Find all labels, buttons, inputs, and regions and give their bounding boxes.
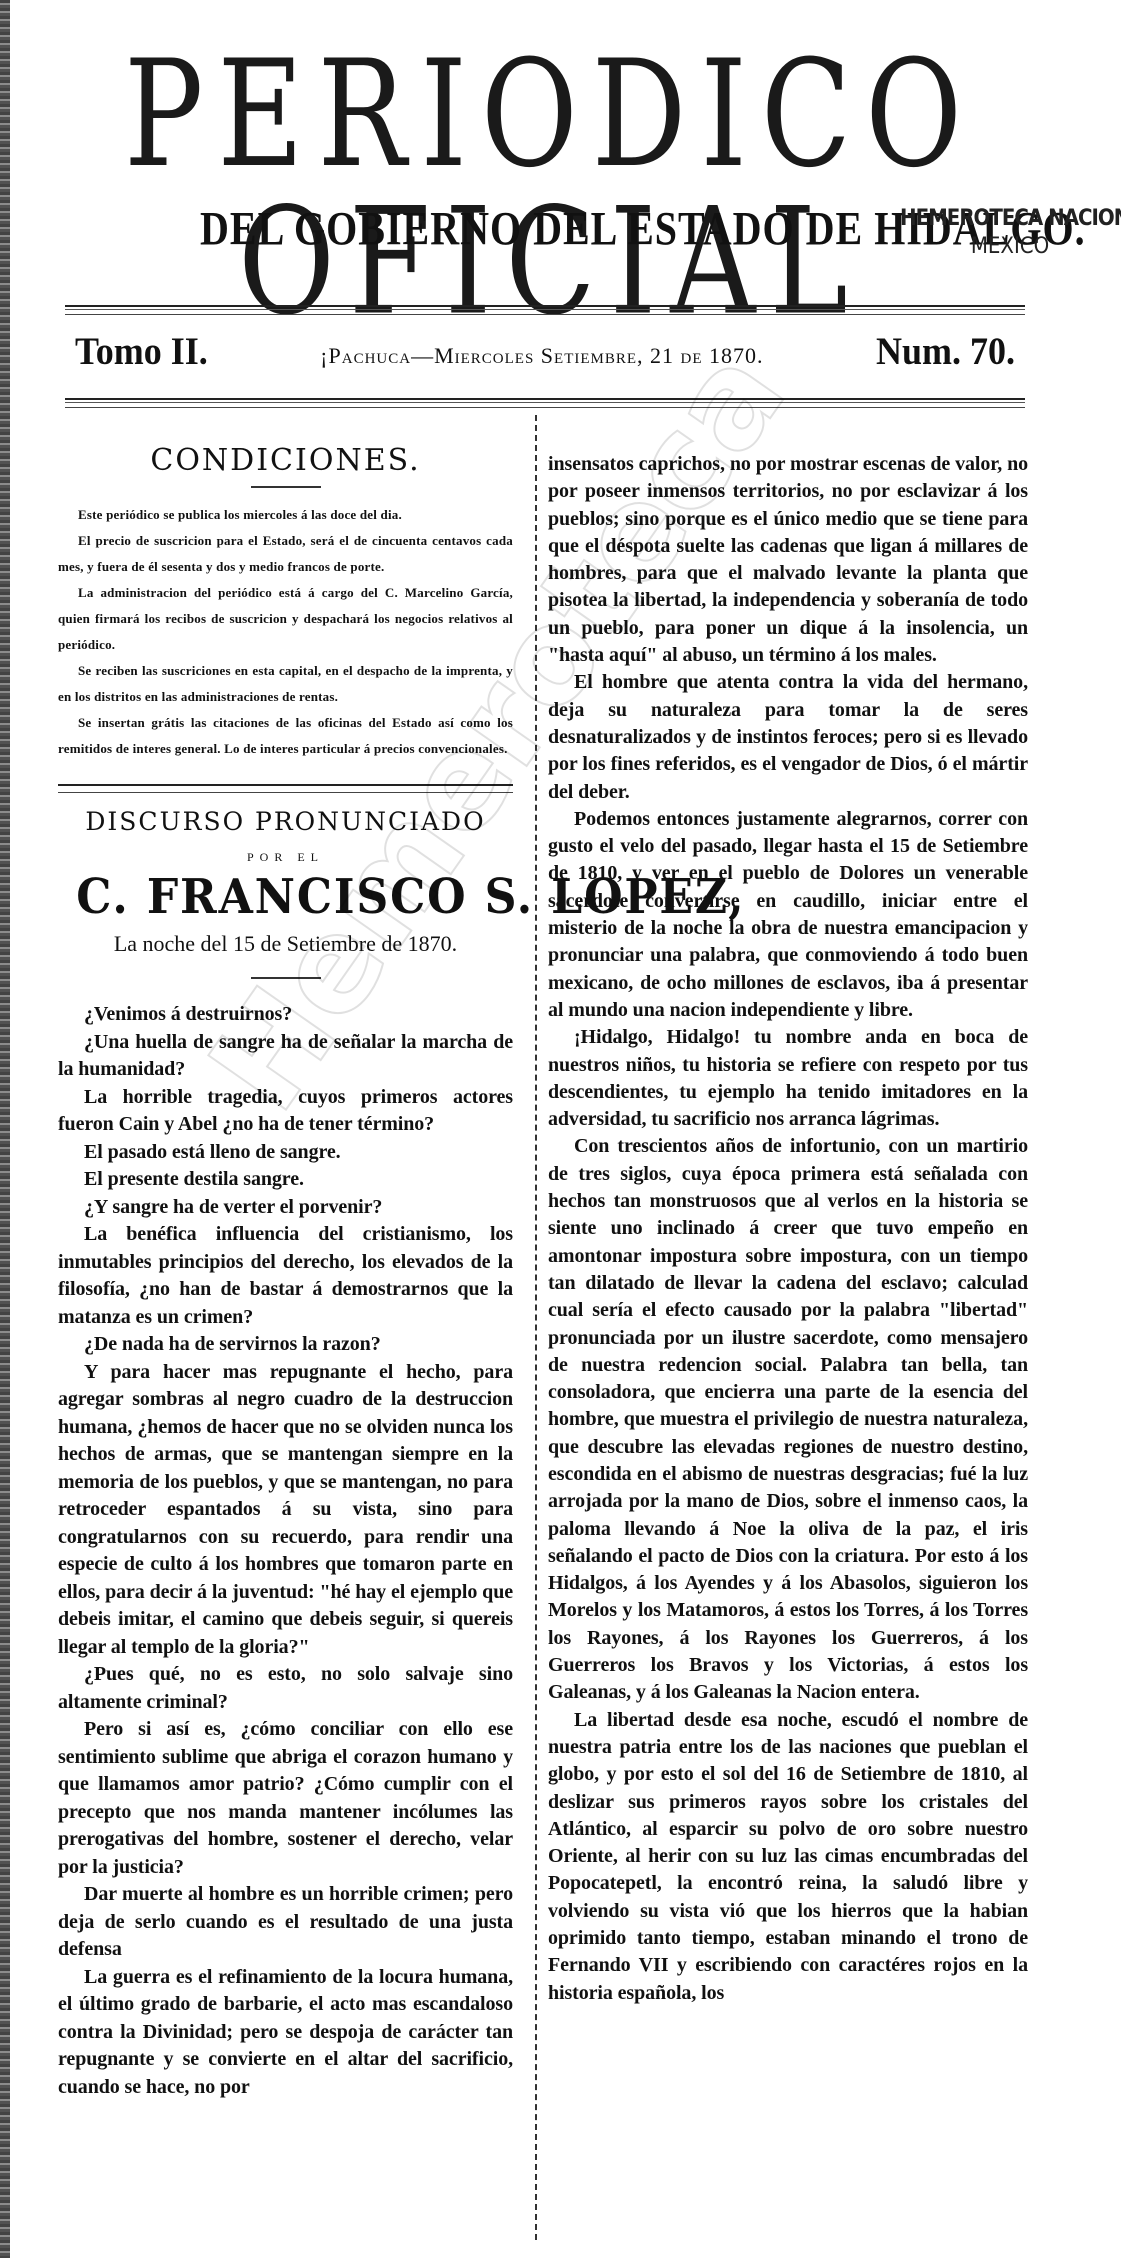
dateline: Tomo II. ¡Pachuca—Miercoles Setiembre, 2… [75, 330, 1015, 380]
speech-paragraph: insensatos caprichos, no por mostrar esc… [548, 451, 1028, 669]
speech-paragraph: Y para hacer mas repugnante el hecho, pa… [58, 1359, 513, 1662]
discourse-by: POR EL [58, 850, 513, 865]
speech-paragraph: Pero si así es, ¿cómo conciliar con ello… [58, 1716, 513, 1881]
conditions-paragraph: Se reciben las suscriciones en esta capi… [58, 658, 513, 710]
speech-paragraph: ¡Hidalgo, Hidalgo! tu nombre anda en boc… [548, 1024, 1028, 1133]
section-rule [58, 784, 513, 793]
speech-paragraph: La horrible tragedia, cuyos primeros act… [58, 1084, 513, 1139]
speech-paragraph: La benéfica influencia del cristianismo,… [58, 1221, 513, 1331]
conditions-paragraph: Este periódico se publica los miercoles … [58, 502, 513, 528]
conditions-paragraph: El precio de suscricion para el Estado, … [58, 528, 513, 580]
library-stamp: HEMEROTECA NACION MEXICO [900, 205, 1120, 261]
speech-paragraph: El pasado está lleno de sangre. [58, 1139, 513, 1167]
place-date: ¡Pachuca—Miercoles Setiembre, 21 de 1870… [320, 343, 763, 369]
speech-paragraph: La guerra es el refinamiento de la locur… [58, 1964, 513, 2102]
discourse-rule [251, 977, 321, 979]
speaker-name: C. FRANCISCO S. LOPEZ, [76, 869, 495, 925]
column-divider [535, 415, 537, 2240]
issue-number: Num. 70. [876, 328, 1015, 374]
conditions-heading: CONDICIONES. [58, 443, 513, 478]
speech-paragraph: Dar muerte al hombre es un horrible crim… [58, 1881, 513, 1964]
right-column: insensatos caprichos, no por mostrar esc… [548, 415, 1028, 2007]
speech-paragraph: ¿De nada ha de servirnos la razon? [58, 1331, 513, 1359]
speech-paragraph: El presente destila sangre. [58, 1166, 513, 1194]
masthead-title: PERIODICO OFICIAL [70, 40, 1030, 335]
scan-binding-edge [0, 0, 10, 2258]
speech-paragraph: ¿Una huella de sangre ha de señalar la m… [58, 1029, 513, 1084]
speech-paragraph: La libertad desde esa noche, escudó el n… [548, 1707, 1028, 2007]
speech-paragraph: Podemos entonces justamente alegrarnos, … [548, 806, 1028, 1024]
discourse-title: DISCURSO PRONUNCIADO [58, 807, 513, 836]
discourse-occasion: La noche del 15 de Setiembre de 1870. [58, 931, 513, 957]
conditions-paragraph: La administracion del periódico está á c… [58, 580, 513, 658]
stamp-line-2: MEXICO [900, 233, 1120, 261]
left-column: CONDICIONES. Este periódico se publica l… [58, 415, 513, 2101]
speech-paragraph: Con trescientos años de infortunio, con … [548, 1133, 1028, 1706]
conditions-rule [251, 486, 321, 488]
speech-paragraph: ¿Pues qué, no es esto, no solo salvaje s… [58, 1661, 513, 1716]
header-rule-top [65, 305, 1025, 315]
speech-paragraph: ¿Venimos á destruirnos? [58, 1001, 513, 1029]
conditions-paragraph: Se insertan grátis las citaciones de las… [58, 710, 513, 762]
speech-paragraph: El hombre que atenta contra la vida del … [548, 669, 1028, 805]
volume-label: Tomo II. [75, 328, 208, 374]
header-rule-bottom [65, 398, 1025, 408]
stamp-line-1: HEMEROTECA NACION [900, 205, 1120, 233]
speech-paragraph: ¿Y sangre ha de verter el porvenir? [58, 1194, 513, 1222]
